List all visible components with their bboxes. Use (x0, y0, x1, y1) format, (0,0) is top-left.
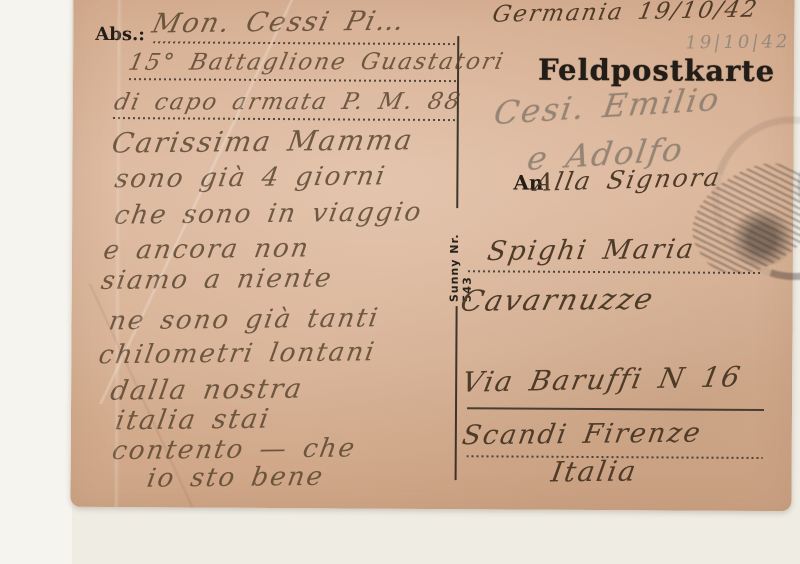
postmark-stamp (672, 115, 800, 276)
sender-ruled-line (153, 41, 458, 45)
recipient-underline (467, 407, 764, 411)
feldpostkarte-card: Abs.: Sunny Nr. 543 Feldpostkarte An Ger… (70, 0, 794, 511)
sender-line: di capo armata P. M. 88 (112, 89, 464, 116)
message-line: italia stai (113, 404, 273, 437)
message-line: Carissima Mamma (109, 123, 416, 159)
message-line: ne sono già tanti (107, 303, 382, 336)
abs-label: Abs.: (95, 24, 145, 45)
message-line: che sono in viaggio (112, 197, 425, 230)
divider-line (455, 306, 458, 480)
sender-ruled-line (113, 117, 458, 121)
message-line: sono già 4 giorni (113, 161, 389, 194)
postmark-smudge (727, 211, 797, 266)
message-line: siamo a niente (99, 263, 335, 296)
recipient-city: Scandi Firenze (460, 418, 704, 452)
recipient-name: Spighi Maria (485, 234, 697, 267)
sender-ruled-line (129, 78, 458, 82)
card-title: Feldpostkarte (538, 53, 775, 88)
recipient-locality: Cavarnuzze (457, 282, 658, 318)
message-line: e ancora non (101, 233, 312, 265)
sender-line: 15° Battaglione Guastatori (126, 49, 507, 76)
pencil-date: 19|10|42 (683, 31, 792, 53)
message-line: io sto bene (145, 462, 327, 494)
message-line: dalla nostra (108, 374, 305, 407)
scan-background: Abs.: Sunny Nr. 543 Feldpostkarte An Ger… (0, 0, 800, 564)
message-line: chilometri lontani (96, 337, 378, 370)
recipient-street: Via Baruffi N 16 (459, 360, 744, 399)
sender-line: Mon. Cessi Pi… (149, 6, 409, 40)
recipient-country: Italia (549, 455, 640, 489)
handwritten-date: Germania 19/10/42 (490, 0, 760, 28)
